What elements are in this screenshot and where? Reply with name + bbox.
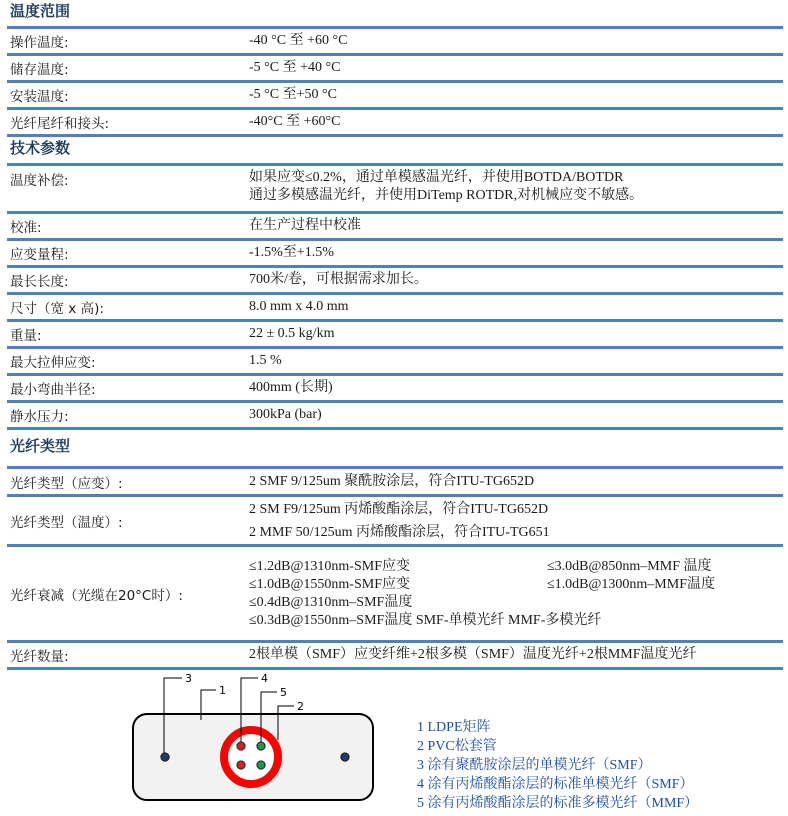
spec-row-attenuation: 光纤衰减（光缆在20°C时）: ≤1.2dB@1310nm-SMF应变 ≤3.0… — [7, 547, 783, 643]
spec-value: 如果应变≤0.2%，通过单模感温光纤，并使用BOTDA/BOTDR — [249, 169, 783, 187]
spec-label: 安装温度: — [7, 83, 249, 107]
spec-value: 300kPa (bar) — [249, 406, 783, 424]
spec-label: 重量: — [7, 322, 249, 346]
pvc-loose-tube — [224, 730, 278, 784]
attenuation-value: ≤1.2dB@1310nm-SMF应变 — [249, 558, 547, 576]
spec-label: 最小弯曲半径: — [7, 376, 249, 400]
legend-item: 4 涂有丙烯酸酯涂层的标准单模光纤（SMF） — [417, 775, 698, 794]
spec-value: 8.0 mm x 4.0 mm — [249, 298, 783, 316]
spec-label: 尺寸（宽 x 高): — [7, 295, 249, 319]
spec-label: 储存温度: — [7, 56, 249, 80]
legend-item: 2 PVC松套管 — [417, 737, 698, 756]
spec-row: 储存温度:-5 °C 至 +40 °C — [7, 56, 783, 83]
callout-5: 5 — [280, 686, 287, 699]
spec-row: 操作温度:-40 °C 至 +60 °C — [7, 29, 783, 56]
spec-label: 校准: — [7, 214, 249, 238]
spec-value: 在生产过程中校准 — [249, 217, 783, 235]
section-title-temperature: 温度范围 — [7, 0, 783, 26]
spec-label: 应变量程: — [7, 241, 249, 265]
mmf-fiber — [257, 742, 265, 750]
callout-4: 4 — [261, 672, 268, 685]
attenuation-value: ≤0.3dB@1550nm–SMF温度 SMF-单模光纤 MMF-多模光纤 — [249, 612, 783, 630]
spec-row: 校准:在生产过程中校准 — [7, 214, 783, 241]
smf-strain-fiber — [161, 753, 169, 761]
spec-label: 光纤尾纤和接头: — [7, 110, 249, 134]
spec-value: -5 °C 至 +40 °C — [249, 59, 783, 77]
spec-value: 2 SMF 9/125um 聚酰胺涂层，符合ITU-TG652D — [249, 473, 783, 491]
diagram-legend: 1 LDPE矩阵 2 PVC松套管 3 涂有聚酰胺涂层的单模光纤（SMF） 4 … — [417, 718, 698, 813]
spec-label: 最大拉伸应变: — [7, 349, 249, 373]
spec-value: 2 SM F9/125um 丙烯酸酯涂层，符合ITU-TG652D — [249, 498, 783, 521]
smf-strain-fiber — [341, 753, 349, 761]
spec-row: 静水压力:300kPa (bar) — [7, 403, 783, 430]
legend-item: 3 涂有聚酰胺涂层的单模光纤（SMF） — [417, 756, 698, 775]
section-title-technical: 技术参数 — [7, 137, 783, 163]
attenuation-grid: ≤1.2dB@1310nm-SMF应变 ≤3.0dB@850nm–MMF 温度 … — [249, 558, 783, 630]
spec-value: 通过多模感温光纤，并使用DiTemp ROTDR,对机械应变不敏感。 — [249, 187, 783, 205]
spec-row: 安装温度:-5 °C 至+50 °C — [7, 83, 783, 110]
spec-value: 700米/卷，可根据需求加长。 — [249, 271, 783, 289]
legend-item: 5 涂有丙烯酸酯涂层的标准多模光纤（MMF） — [417, 794, 698, 813]
spec-row-compensation: 温度补偿: 如果应变≤0.2%，通过单模感温光纤，并使用BOTDA/BOTDR … — [7, 166, 783, 214]
spec-value: -5 °C 至+50 °C — [249, 86, 783, 104]
attenuation-value: ≤1.0dB@1550nm-SMF应变 — [249, 576, 547, 594]
spec-row: 最小弯曲半径:400mm (长期) — [7, 376, 783, 403]
spec-row: 光纤尾纤和接头:-40°C 至 +60°C — [7, 110, 783, 137]
smf-fiber — [237, 761, 245, 769]
spec-value: 400mm (长期) — [249, 379, 783, 397]
spec-value: 1.5 % — [249, 352, 783, 370]
spec-value: -1.5%至+1.5% — [249, 244, 783, 262]
spec-value: 2根单模（SMF）应变纤维+2根多模（SMF）温度光纤+2根MMF温度光纤 — [249, 646, 783, 664]
spec-label: 光纤衰减（光缆在20°C时）: — [7, 547, 249, 640]
attenuation-value: ≤1.0dB@1300nm–MMF温度 — [547, 576, 783, 594]
attenuation-value: ≤0.4dB@1310nm–SMF温度 — [249, 594, 547, 612]
spec-row: 光纤类型（应变）:2 SMF 9/125um 聚酰胺涂层，符合ITU-TG652… — [7, 469, 783, 497]
spec-value: 2 MMF 50/125um 丙烯酸酯涂层，符合ITU-TG651 — [249, 521, 783, 544]
spec-label: 温度补偿: — [7, 166, 249, 211]
spec-label: 操作温度: — [7, 29, 249, 53]
spec-sheet: 温度范围 操作温度:-40 °C 至 +60 °C 储存温度:-5 °C 至 +… — [7, 0, 783, 670]
spec-row: 最长长度:700米/卷，可根据需求加长。 — [7, 268, 783, 295]
mmf-fiber — [257, 761, 265, 769]
spec-label: 光纤数量: — [7, 643, 249, 667]
spec-row: 光纤类型（温度）: 2 SM F9/125um 丙烯酸酯涂层，符合ITU-TG6… — [7, 497, 783, 547]
spec-value: -40 °C 至 +60 °C — [249, 32, 783, 50]
callout-3: 3 — [185, 672, 192, 685]
spec-value: 22 ± 0.5 kg/km — [249, 325, 783, 343]
callout-1: 1 — [219, 684, 226, 697]
spec-row: 重量:22 ± 0.5 kg/km — [7, 322, 783, 349]
legend-item: 1 LDPE矩阵 — [417, 718, 698, 737]
smf-fiber — [237, 742, 245, 750]
spec-label: 静水压力: — [7, 403, 249, 427]
spec-row: 应变量程:-1.5%至+1.5% — [7, 241, 783, 268]
spec-label: 光纤类型（温度）: — [7, 497, 249, 544]
section-title-fiber: 光纤类型 — [7, 430, 783, 466]
spec-row: 尺寸（宽 x 高):8.0 mm x 4.0 mm — [7, 295, 783, 322]
spec-label: 最长长度: — [7, 268, 249, 292]
attenuation-value: ≤3.0dB@850nm–MMF 温度 — [547, 558, 783, 576]
callout-2: 2 — [297, 700, 304, 713]
spec-row: 最大拉伸应变:1.5 % — [7, 349, 783, 376]
spec-label: 光纤类型（应变）: — [7, 469, 249, 494]
spec-value: -40°C 至 +60°C — [249, 113, 783, 131]
